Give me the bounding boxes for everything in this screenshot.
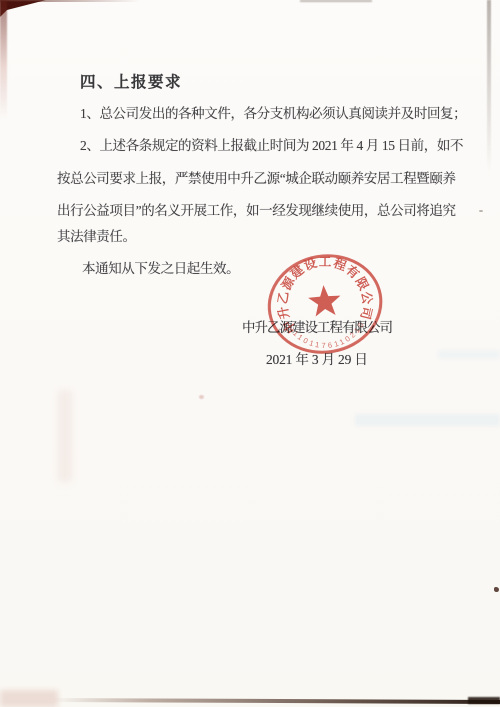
scan-left-mid-smudge <box>58 390 72 482</box>
scan-blue-band <box>438 350 500 359</box>
company-seal: 中升乙源建设工程有限公司 1101176110210 <box>243 246 407 380</box>
body-line: 1、总公司发出的各种文件，各分支机构必须认真阅读并及时回复； <box>80 102 475 122</box>
scan-blue-band <box>355 414 500 426</box>
body-line: 按总公司要求上报，严禁使用中升乙源“城企联动颐养安居工程暨颐养 <box>57 167 452 187</box>
section-heading: 四、上报要求 <box>80 70 182 92</box>
star-icon <box>307 284 341 317</box>
body-line: 2、上述各条规定的资料上报截止时间为 2021 年 4 月 15 日前，如不 <box>80 134 475 154</box>
scanned-page: 四、上报要求 1、总公司发出的各种文件，各分支机构必须认真阅读并及时回复； 2、… <box>0 0 500 707</box>
scan-bottom-corner-artifact <box>468 697 500 704</box>
scan-top-line-artifact <box>0 0 140 2</box>
scan-speck <box>479 210 483 212</box>
body-line: 出行公益项目”的名义开展工作，如一经发现继续使用，总公司将追究 <box>57 199 452 219</box>
scan-top-smudge-artifact <box>300 0 372 2</box>
scan-bottom-left-smudge <box>0 690 58 707</box>
scan-left-edge-artifact <box>0 0 7 120</box>
scan-right-edge-artifact <box>487 0 491 172</box>
scan-speck <box>199 395 204 399</box>
scan-bottom-edge-artifact <box>52 698 500 704</box>
scan-speck <box>494 587 499 592</box>
body-line: 其法律责任。 <box>57 225 452 245</box>
